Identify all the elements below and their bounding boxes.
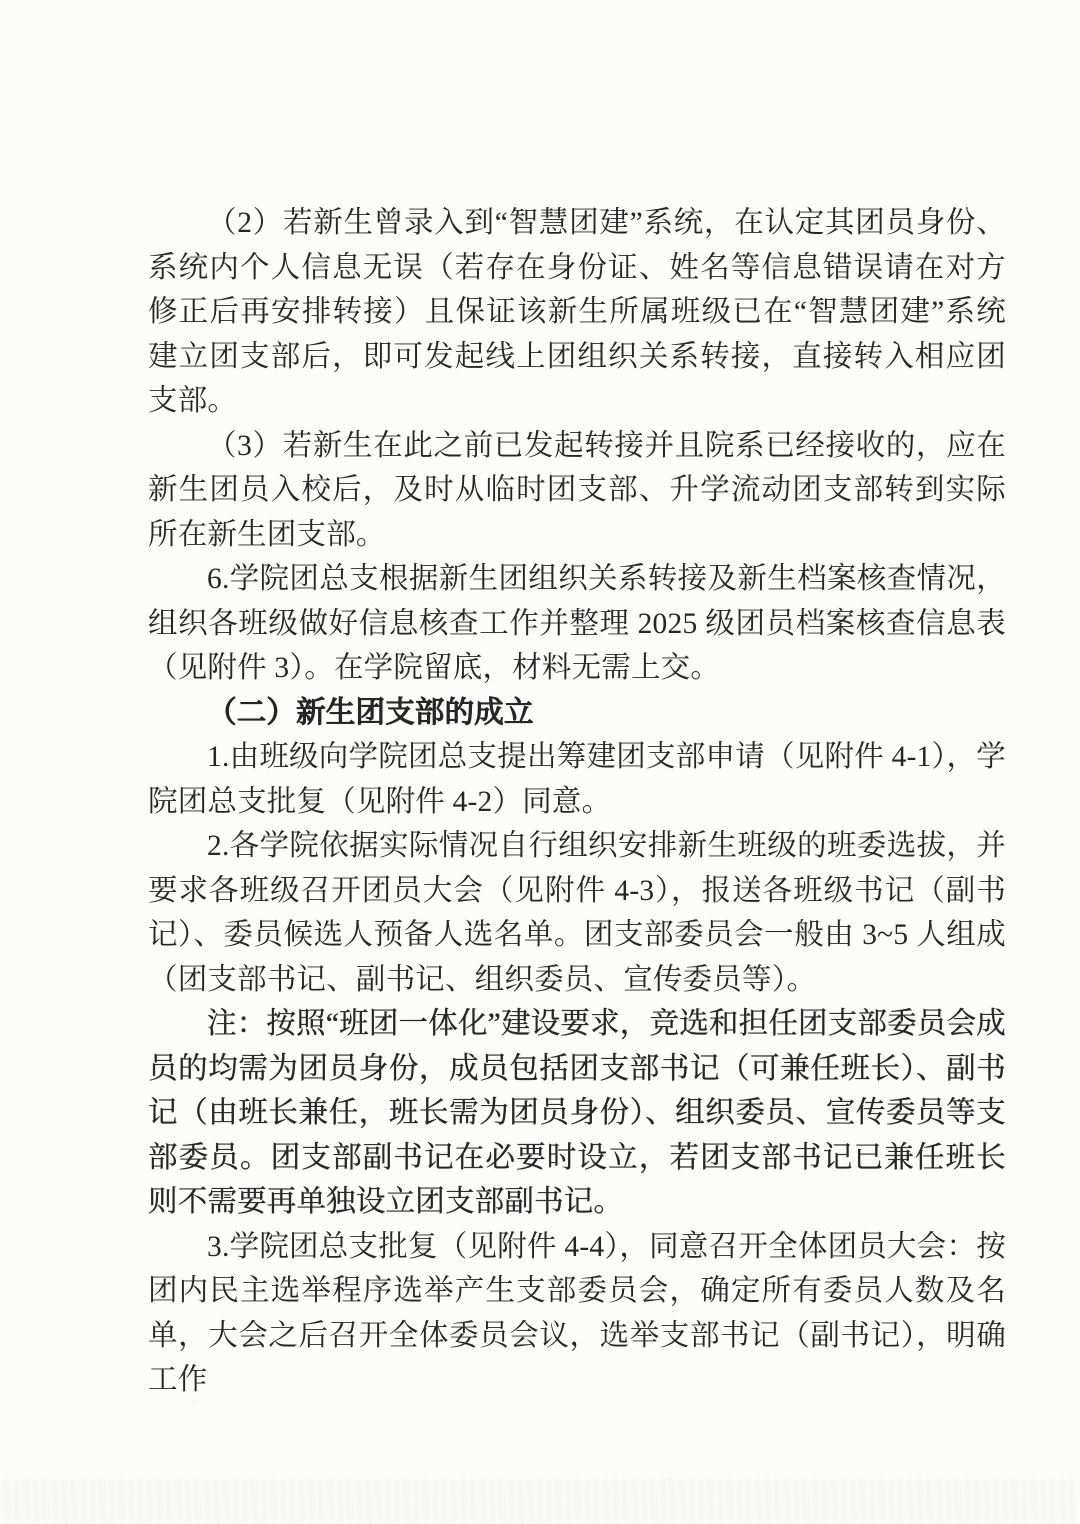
paragraph-subitem-2: （2）若新生曾录入到“智慧团建”系统，在认定其团员身份、系统内个人信息无误（若存…	[148, 201, 1006, 424]
paragraph-subitem-3: （3）若新生在此之前已发起转接并且院系已经接收的，应在新生团员入校后，及时从临时…	[148, 424, 1006, 558]
scan-noise-artifact	[0, 1478, 1080, 1524]
document-text-block: （2）若新生曾录入到“智慧团建”系统，在认定其团员身份、系统内个人信息无误（若存…	[148, 201, 1006, 1403]
paragraph-item-2: 2.各学院依据实际情况自行组织安排新生班级的班委选拔，并要求各班级召开团员大会（…	[148, 824, 1006, 1002]
section-heading: （二）新生团支部的成立	[148, 691, 1006, 736]
paragraph-item-6: 6.学院团总支根据新生团组织关系转接及新生档案核查情况，组织各班级做好信息核查工…	[148, 557, 1006, 691]
scanned-document-page: （2）若新生曾录入到“智慧团建”系统，在认定其团员身份、系统内个人信息无误（若存…	[0, 0, 1080, 1524]
paragraph-item-1: 1.由班级向学院团总支提出筹建团支部申请（见附件 4-1），学院团总支批复（见附…	[148, 735, 1006, 824]
note-paragraph: 注：按照“班团一体化”建设要求，竞选和担任团支部委员会成员的均需为团员身份，成员…	[148, 1002, 1006, 1225]
paragraph-item-3: 3.学院团总支批复（见附件 4-4），同意召开全体团员大会：按团内民主选举程序选…	[148, 1225, 1006, 1403]
